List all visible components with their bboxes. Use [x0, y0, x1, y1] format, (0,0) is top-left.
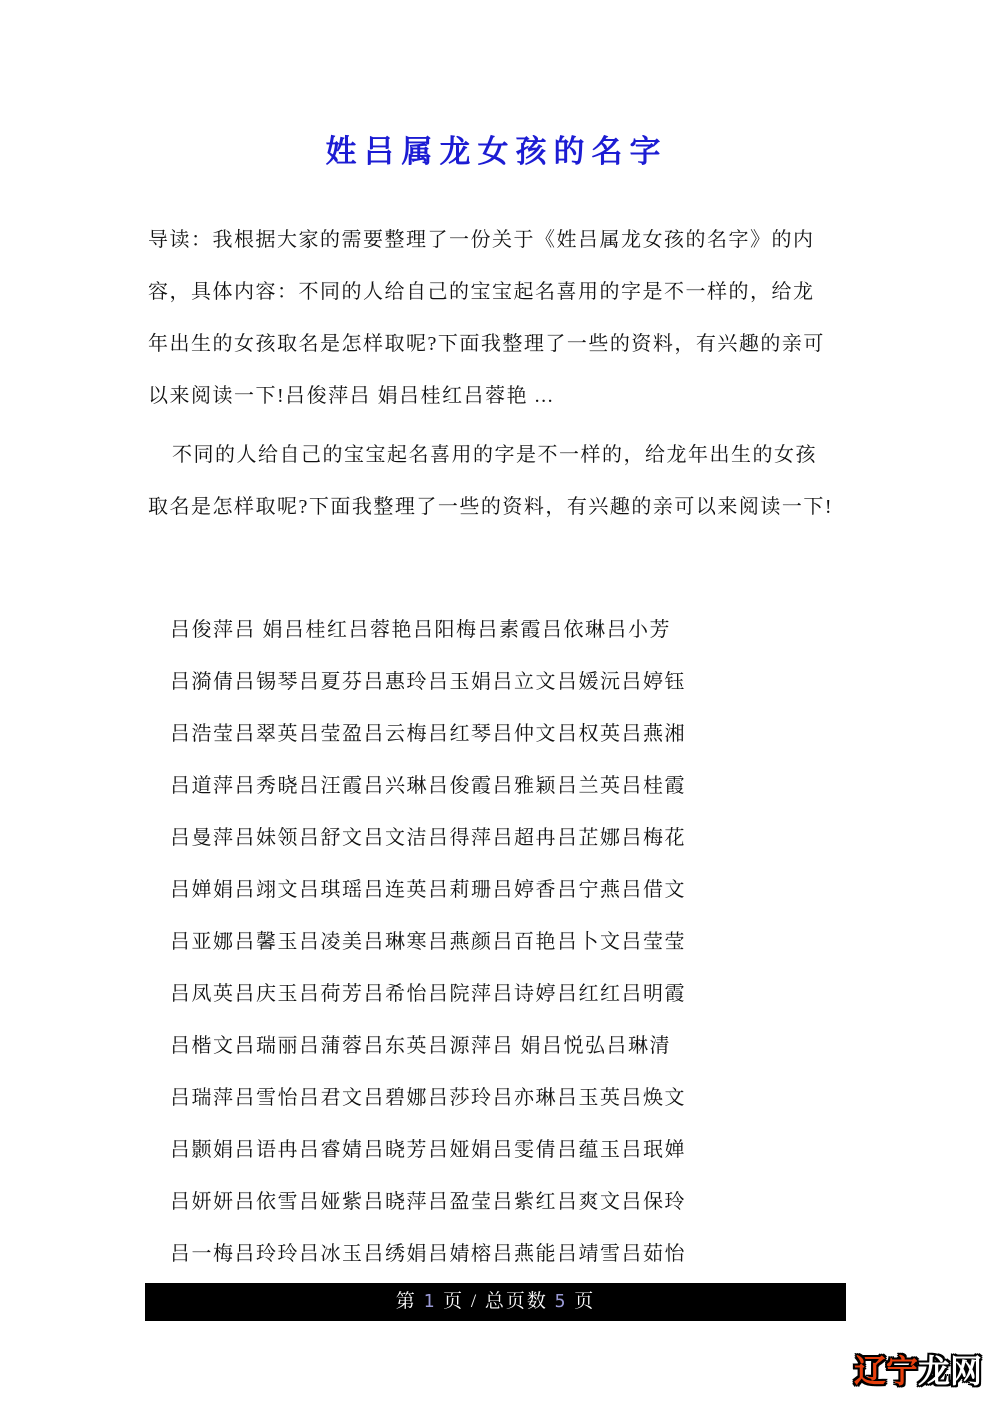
name-list-line: 吕曼萍吕妹领吕舒文吕文洁吕得萍吕超冉吕芷娜吕梅花 [170, 812, 860, 864]
page-indicator-prefix: 第 [396, 1291, 424, 1312]
body-paragraph-line: 取名是怎样取呢?下面我整理了一些的资料，有兴趣的亲可以来阅读一下! [148, 481, 854, 533]
name-list-line: 吕婵娟吕翊文吕琪瑶吕连英吕莉珊吕婷香吕宁燕吕借文 [170, 864, 860, 916]
name-list-line: 吕楷文吕瑞丽吕蒲蓉吕东英吕源萍吕 娟吕悦弘吕琳清 [170, 1020, 860, 1072]
page-indicator: 第 1 页 / 总页数 5 页 [396, 1291, 596, 1312]
name-list-line: 吕道萍吕秀晓吕汪霞吕兴琳吕俊霞吕雅颖吕兰英吕桂霞 [170, 760, 860, 812]
intro-paragraph-line: 年出生的女孩取名是怎样取呢?下面我整理了一些的资料，有兴趣的亲可 [148, 318, 854, 370]
name-list-line: 吕颢娟吕语冉吕睿婧吕晓芳吕娅娟吕雯倩吕蕴玉吕珉婵 [170, 1124, 860, 1176]
body-paragraph: 不同的人给自己的宝宝起名喜用的字是不一样的，给龙年出生的女孩 取名是怎样取呢?下… [148, 429, 854, 533]
watermark-liaoning-text: 辽宁 [854, 1352, 918, 1390]
page-indicator-suffix: 页 [567, 1291, 595, 1312]
name-list-line: 吕浩莹吕翠英吕莹盈吕云梅吕红琴吕仲文吕权英吕燕湘 [170, 708, 860, 760]
intro-paragraph-line: 容，具体内容：不同的人给自己的宝宝起名喜用的字是不一样的，给龙 [148, 266, 854, 318]
intro-paragraph-line: 导读：我根据大家的需要整理了一份关于《姓吕属龙女孩的名字》的内 [148, 214, 854, 266]
footer-bar: 第 1 页 / 总页数 5 页 [145, 1283, 846, 1321]
name-list-line: 吕妍妍吕依雪吕娅紫吕晓萍吕盈莹吕紫红吕爽文吕保玲 [170, 1176, 860, 1228]
total-page-number: 5 [555, 1291, 568, 1312]
name-list-line: 吕凤英吕庆玉吕荷芳吕希怡吕院萍吕诗婷吕红红吕明霞 [170, 968, 860, 1020]
name-list-line: 吕一梅吕玲玲吕冰玉吕绣娟吕婧榕吕燕能吕靖雪吕茹怡 [170, 1228, 860, 1280]
watermark-longwang-text: 龙网 [918, 1352, 982, 1390]
document-page: 姓吕属龙女孩的名字 导读：我根据大家的需要整理了一份关于《姓吕属龙女孩的名字》的… [0, 0, 993, 1404]
name-list: 吕俊萍吕 娟吕桂红吕蓉艳吕阳梅吕素霞吕依琳吕小芳 吕漪倩吕锡琴吕夏芬吕惠玲吕玉娟… [170, 604, 860, 1280]
page-title: 姓吕属龙女孩的名字 [0, 126, 993, 171]
name-list-line: 吕亚娜吕馨玉吕凌美吕琳寒吕燕颜吕百艳吕卜文吕莹莹 [170, 916, 860, 968]
watermark-logo: 辽宁龙网 [854, 1346, 982, 1392]
intro-paragraph-line: 以来阅读一下!吕俊萍吕 娟吕桂红吕蓉艳 ... [148, 370, 854, 422]
page-indicator-middle: 页 / 总页数 [436, 1291, 554, 1312]
name-list-line: 吕俊萍吕 娟吕桂红吕蓉艳吕阳梅吕素霞吕依琳吕小芳 [170, 604, 860, 656]
body-paragraph-line: 不同的人给自己的宝宝起名喜用的字是不一样的，给龙年出生的女孩 [148, 429, 854, 481]
name-list-line: 吕漪倩吕锡琴吕夏芬吕惠玲吕玉娟吕立文吕媛沅吕婷钰 [170, 656, 860, 708]
current-page-number: 1 [424, 1291, 437, 1312]
intro-paragraph: 导读：我根据大家的需要整理了一份关于《姓吕属龙女孩的名字》的内 容，具体内容：不… [148, 214, 854, 422]
name-list-line: 吕瑞萍吕雪怡吕君文吕碧娜吕莎玲吕亦琳吕玉英吕焕文 [170, 1072, 860, 1124]
